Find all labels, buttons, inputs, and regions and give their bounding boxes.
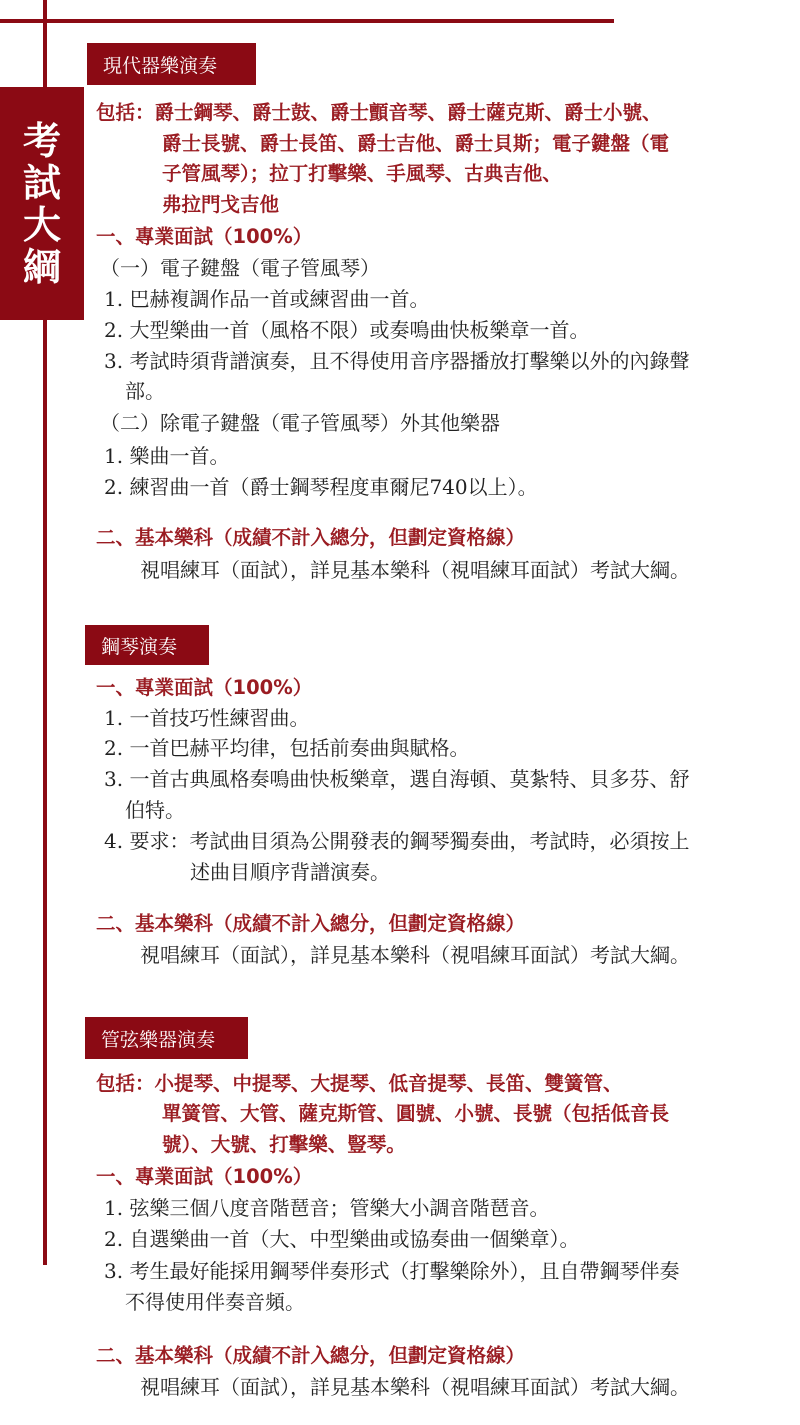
list-item: 4. 要求：考試曲目須為公開發表的鋼琴獨奏曲，考試時，必須按上 — [104, 828, 689, 854]
list-item: 3. 考生最好能採用鋼琴伴奏形式（打擊樂除外），且自帶鋼琴伴奏 — [104, 1258, 679, 1284]
list-item: 3. 考試時須背譜演奏，且不得使用音序器播放打擊樂以外的內錄聲 — [104, 348, 689, 374]
includes-line: 爵士長號、爵士長笛、爵士吉他、爵士貝斯；電子鍵盤（電 — [162, 131, 669, 157]
exam-outline-banner: 考 試 大 綱 — [0, 87, 84, 320]
includes-line: 子管風琴）；拉丁打擊樂、手風琴、古典吉他、 — [162, 161, 562, 187]
part-title: 一、專業面試（100%） — [96, 1164, 312, 1190]
list-item: 1. 弦樂三個八度音階琶音；管樂大小調音階琶音。 — [104, 1195, 549, 1221]
list-item-continued: 部。 — [125, 378, 165, 404]
paragraph: 視唱練耳（面試），詳見基本樂科（視唱練耳面試）考試大綱。 — [140, 1374, 690, 1400]
part-title: 一、專業面試（100%） — [96, 224, 312, 250]
paragraph: 視唱練耳（面試），詳見基本樂科（視唱練耳面試）考試大綱。 — [140, 557, 690, 583]
list-item-continued: 不得使用伴奏音頻。 — [125, 1289, 305, 1315]
banner-char: 考 — [23, 120, 61, 162]
part-title: 一、專業面試（100%） — [96, 675, 312, 701]
subsection-title: （二）除電子鍵盤（電子管風琴）外其他樂器 — [100, 410, 500, 436]
list-item: 1. 巴赫複調作品一首或練習曲一首。 — [104, 286, 429, 312]
list-item-continued: 伯特。 — [125, 797, 185, 823]
section-heading: 管弦樂器演奏 — [85, 1017, 248, 1059]
banner-char: 試 — [23, 162, 61, 204]
part-title: 二、基本樂科（成績不計入總分，但劃定資格線） — [96, 525, 525, 551]
includes-line: 單簧管、大管、薩克斯管、圓號、小號、長號（包括低音長 — [162, 1101, 669, 1127]
list-item: 3. 一首古典風格奏鳴曲快板樂章，選自海頓、莫紮特、貝多芬、舒 — [104, 766, 689, 792]
section-heading: 鋼琴演奏 — [85, 625, 209, 665]
list-item-continued: 述曲目順序背譜演奏。 — [190, 859, 390, 885]
list-item: 2. 大型樂曲一首（風格不限）或奏鳴曲快板樂章一首。 — [104, 317, 589, 343]
includes-line: 號）、大號、打擊樂、豎琴。 — [162, 1132, 406, 1158]
list-item: 1. 樂曲一首。 — [104, 443, 229, 469]
part-title: 二、基本樂科（成績不計入總分，但劃定資格線） — [96, 1343, 525, 1369]
includes-line: 包括：小提琴、中提琴、大提琴、低音提琴、長笛、雙簧管、 — [96, 1071, 623, 1097]
banner-char: 綱 — [23, 246, 61, 288]
paragraph: 視唱練耳（面試），詳見基本樂科（視唱練耳面試）考試大綱。 — [140, 942, 690, 968]
list-item: 2. 練習曲一首（爵士鋼琴程度車爾尼740以上）。 — [104, 474, 538, 500]
banner-char: 大 — [23, 204, 61, 246]
subsection-title: （一）電子鍵盤（電子管風琴） — [100, 255, 380, 281]
part-title: 二、基本樂科（成績不計入總分，但劃定資格線） — [96, 911, 525, 937]
top-divider-line — [0, 19, 614, 23]
includes-line: 弗拉門戈吉他 — [162, 192, 279, 218]
list-item: 1. 一首技巧性練習曲。 — [104, 705, 309, 731]
list-item: 2. 一首巴赫平均律，包括前奏曲與賦格。 — [104, 735, 469, 761]
list-item: 2. 自選樂曲一首（大、中型樂曲或協奏曲一個樂章）。 — [104, 1226, 579, 1252]
section-heading: 現代器樂演奏 — [87, 43, 256, 85]
includes-line: 包括：爵士鋼琴、爵士鼓、爵士顫音琴、爵士薩克斯、爵士小號、 — [96, 100, 662, 126]
